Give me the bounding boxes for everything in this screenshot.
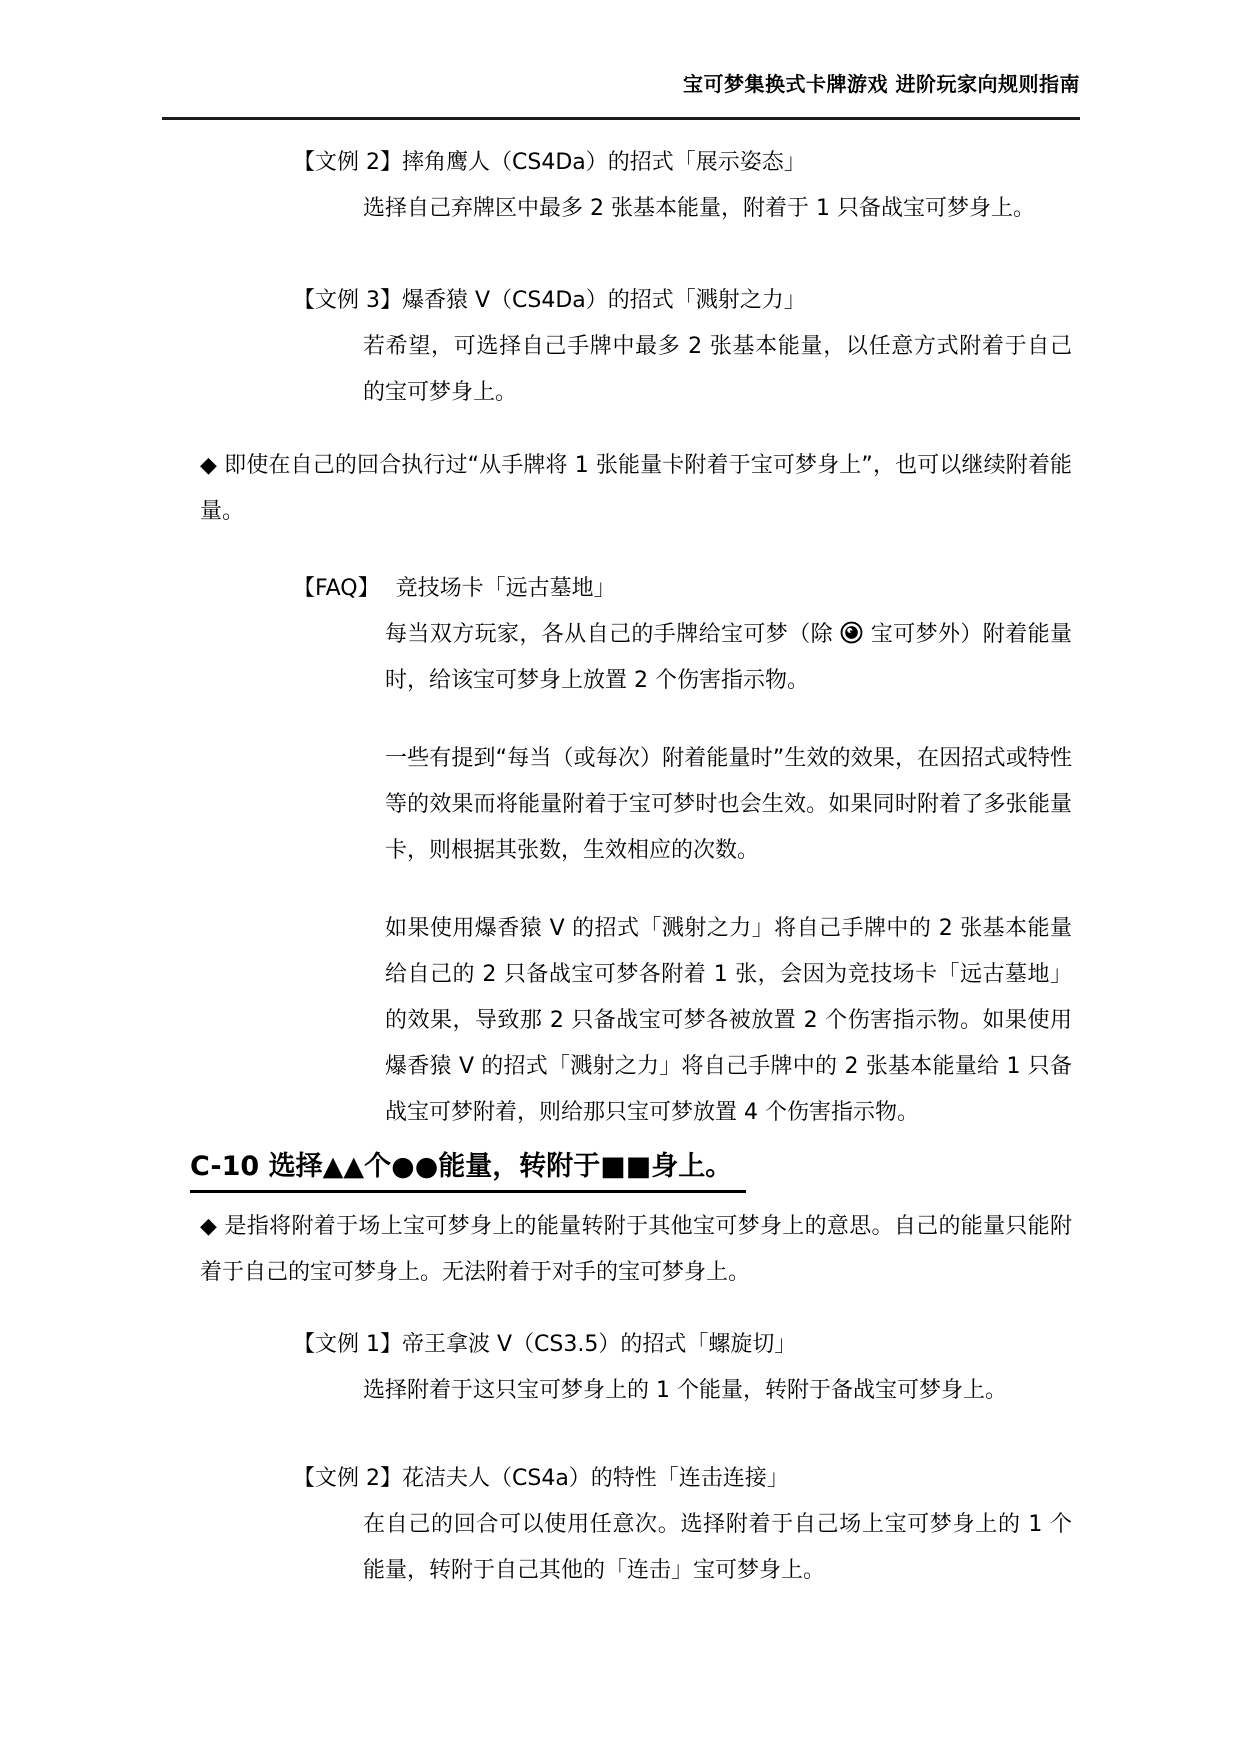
example-body: 选择附着于这只宝可梦身上的 1 个能量，转附于备战宝可梦身上。 <box>363 1368 1072 1414</box>
example-title: 帝王拿波 V（CS3.5）的招式「螺旋切」 <box>402 1332 796 1357</box>
example-body: 在自己的回合可以使用任意次。选择附着于自己场上宝可梦身上的 1 个能量，转附于自… <box>363 1502 1072 1594</box>
page-header-title: 宝可梦集换式卡牌游戏 进阶玩家向规则指南 <box>162 68 1080 97</box>
example-title: 摔角鹰人（CS4Da）的招式「展示姿态」 <box>402 150 806 175</box>
faq-paragraph-3: 如果使用爆香猿 V 的招式「溅射之力」将自己手牌中的 2 张基本能量给自己的 2… <box>385 906 1072 1136</box>
bullet-note-paragraph: ◆ 即使在自己的回合执行过“从手牌将 1 张能量卡附着于宝可梦身上”，也可以继续… <box>200 443 1072 535</box>
faq-label: 【FAQ】 <box>293 576 380 601</box>
bullet-note-paragraph: ◆ 是指将附着于场上宝可梦身上的能量转附于其他宝可梦身上的意思。自己的能量只能附… <box>200 1204 1072 1296</box>
example-heading-line: 【文例 1】帝王拿波 V（CS3.5）的招式「螺旋切」 <box>293 1322 1072 1368</box>
example-block-c10-1: 【文例 1】帝王拿波 V（CS3.5）的招式「螺旋切」 选择附着于这只宝可梦身上… <box>293 1322 1072 1414</box>
example-label: 【文例 2】 <box>293 1466 402 1491</box>
faq-paragraph-2: 一些有提到“每当（或每次）附着能量时”生效的效果，在因招式或特性等的效果而将能量… <box>385 736 1072 874</box>
example-heading-line: 【文例 3】爆香猿 V（CS4Da）的招式「溅射之力」 <box>293 278 1072 324</box>
example-body: 选择自己弃牌区中最多 2 张基本能量，附着于 1 只备战宝可梦身上。 <box>363 186 1072 232</box>
example-block-c10-2: 【文例 2】花洁夫人（CS4a）的特性「连击连接」 在自己的回合可以使用任意次。… <box>293 1456 1072 1594</box>
section-heading-c10: C-10 选择▲▲个●●能量，转附于■■身上。 <box>190 1150 746 1193</box>
header-divider-rule <box>162 117 1080 120</box>
example-title: 爆香猿 V（CS4Da）的招式「溅射之力」 <box>402 288 806 313</box>
faq-paragraph-1: 每当双方玩家，各从自己的手牌给宝可梦（除 宝可梦外）附着能量时，给该宝可梦身上放… <box>385 612 1072 704</box>
faq-title: 竞技场卡「远古墓地」 <box>396 576 616 601</box>
example-block-3: 【文例 3】爆香猿 V（CS4Da）的招式「溅射之力」 若希望，可选择自己手牌中… <box>293 278 1072 416</box>
example-heading-line: 【文例 2】花洁夫人（CS4a）的特性「连击连接」 <box>293 1456 1072 1502</box>
psychic-energy-icon <box>840 615 863 638</box>
example-title: 花洁夫人（CS4a）的特性「连击连接」 <box>402 1466 789 1491</box>
faq-heading-line: 【FAQ】竞技场卡「远古墓地」 <box>293 566 1072 612</box>
example-label: 【文例 3】 <box>293 288 402 313</box>
example-body: 若希望，可选择自己手牌中最多 2 张基本能量，以任意方式附着于自己的宝可梦身上。 <box>363 324 1072 416</box>
example-heading-line: 【文例 2】摔角鹰人（CS4Da）的招式「展示姿态」 <box>293 140 1072 186</box>
faq-paragraph-1-before: 每当双方玩家，各从自己的手牌给宝可梦（除 <box>385 622 840 647</box>
example-block-2: 【文例 2】摔角鹰人（CS4Da）的招式「展示姿态」 选择自己弃牌区中最多 2 … <box>293 140 1072 232</box>
example-label: 【文例 1】 <box>293 1332 402 1357</box>
example-label: 【文例 2】 <box>293 150 402 175</box>
section-heading-text: C-10 选择▲▲个●●能量，转附于■■身上。 <box>190 1150 746 1193</box>
document-page: 宝可梦集换式卡牌游戏 进阶玩家向规则指南 【文例 2】摔角鹰人（CS4Da）的招… <box>0 0 1241 1755</box>
